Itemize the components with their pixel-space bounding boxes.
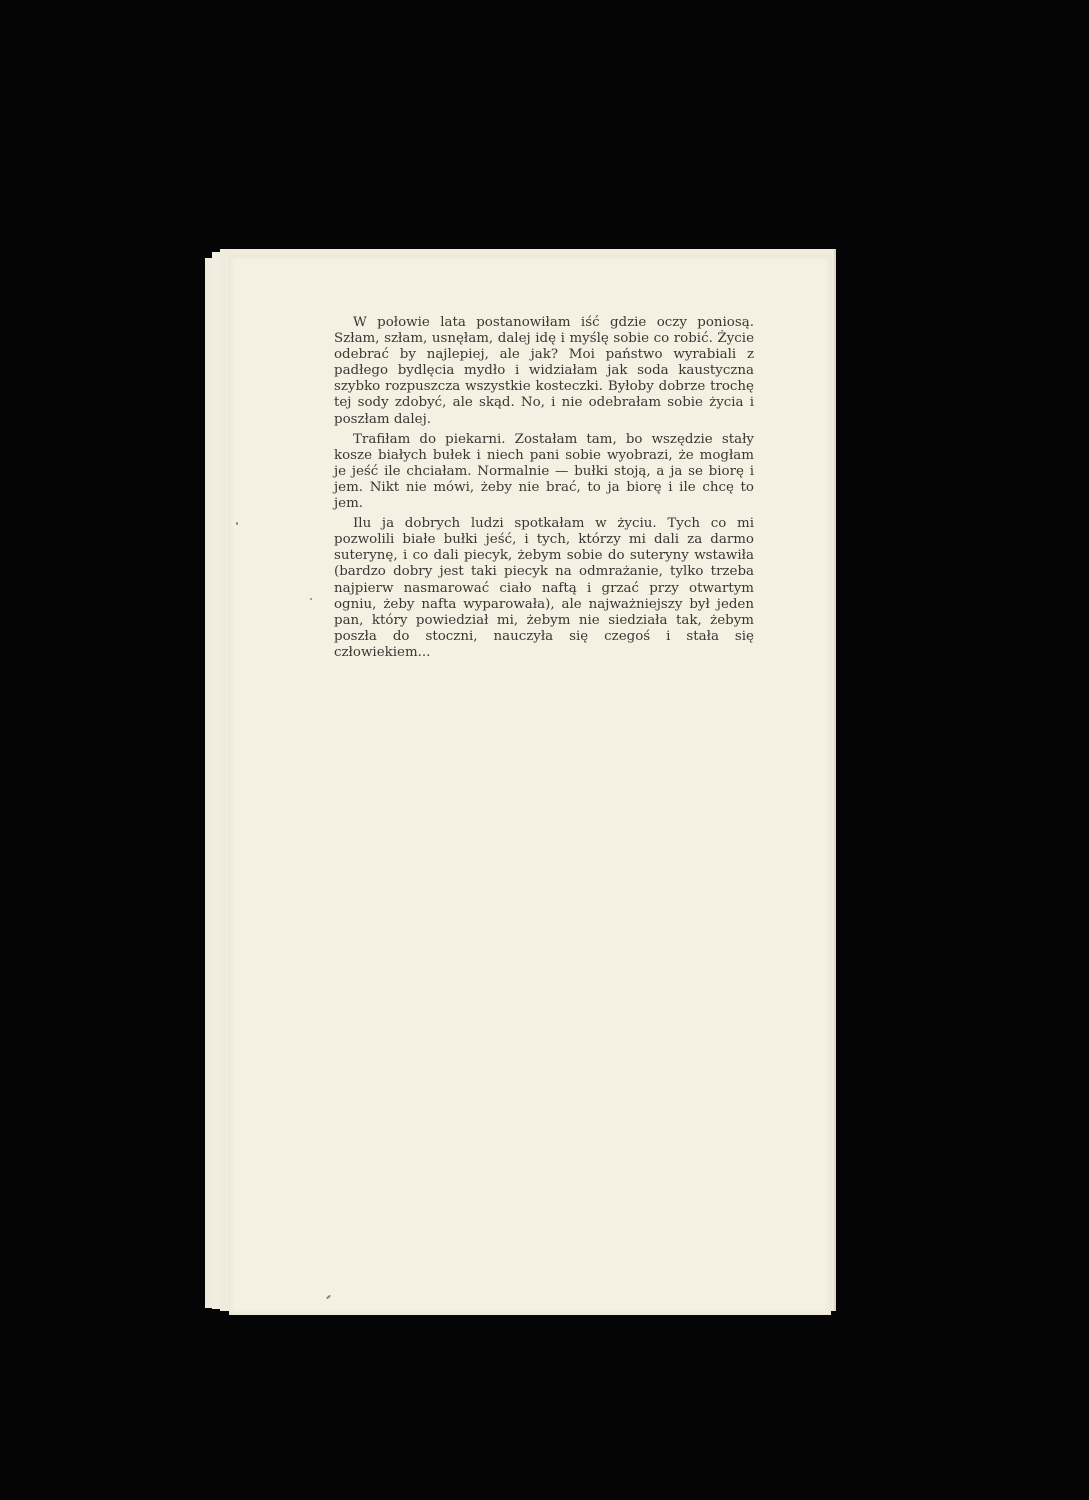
paper-speck xyxy=(310,598,312,600)
page-text: W połowie lata postanowiłam iść gdzie oc… xyxy=(334,315,754,665)
paper-speck xyxy=(236,522,238,525)
paragraph-2: Trafiłam do piekarni. Zostałam tam, bo w… xyxy=(334,432,754,512)
paragraph-1: W połowie lata postanowiłam iść gdzie oc… xyxy=(334,315,754,428)
paragraph-3: Ilu ja dobrych ludzi spotkałam w życiu. … xyxy=(334,516,754,661)
